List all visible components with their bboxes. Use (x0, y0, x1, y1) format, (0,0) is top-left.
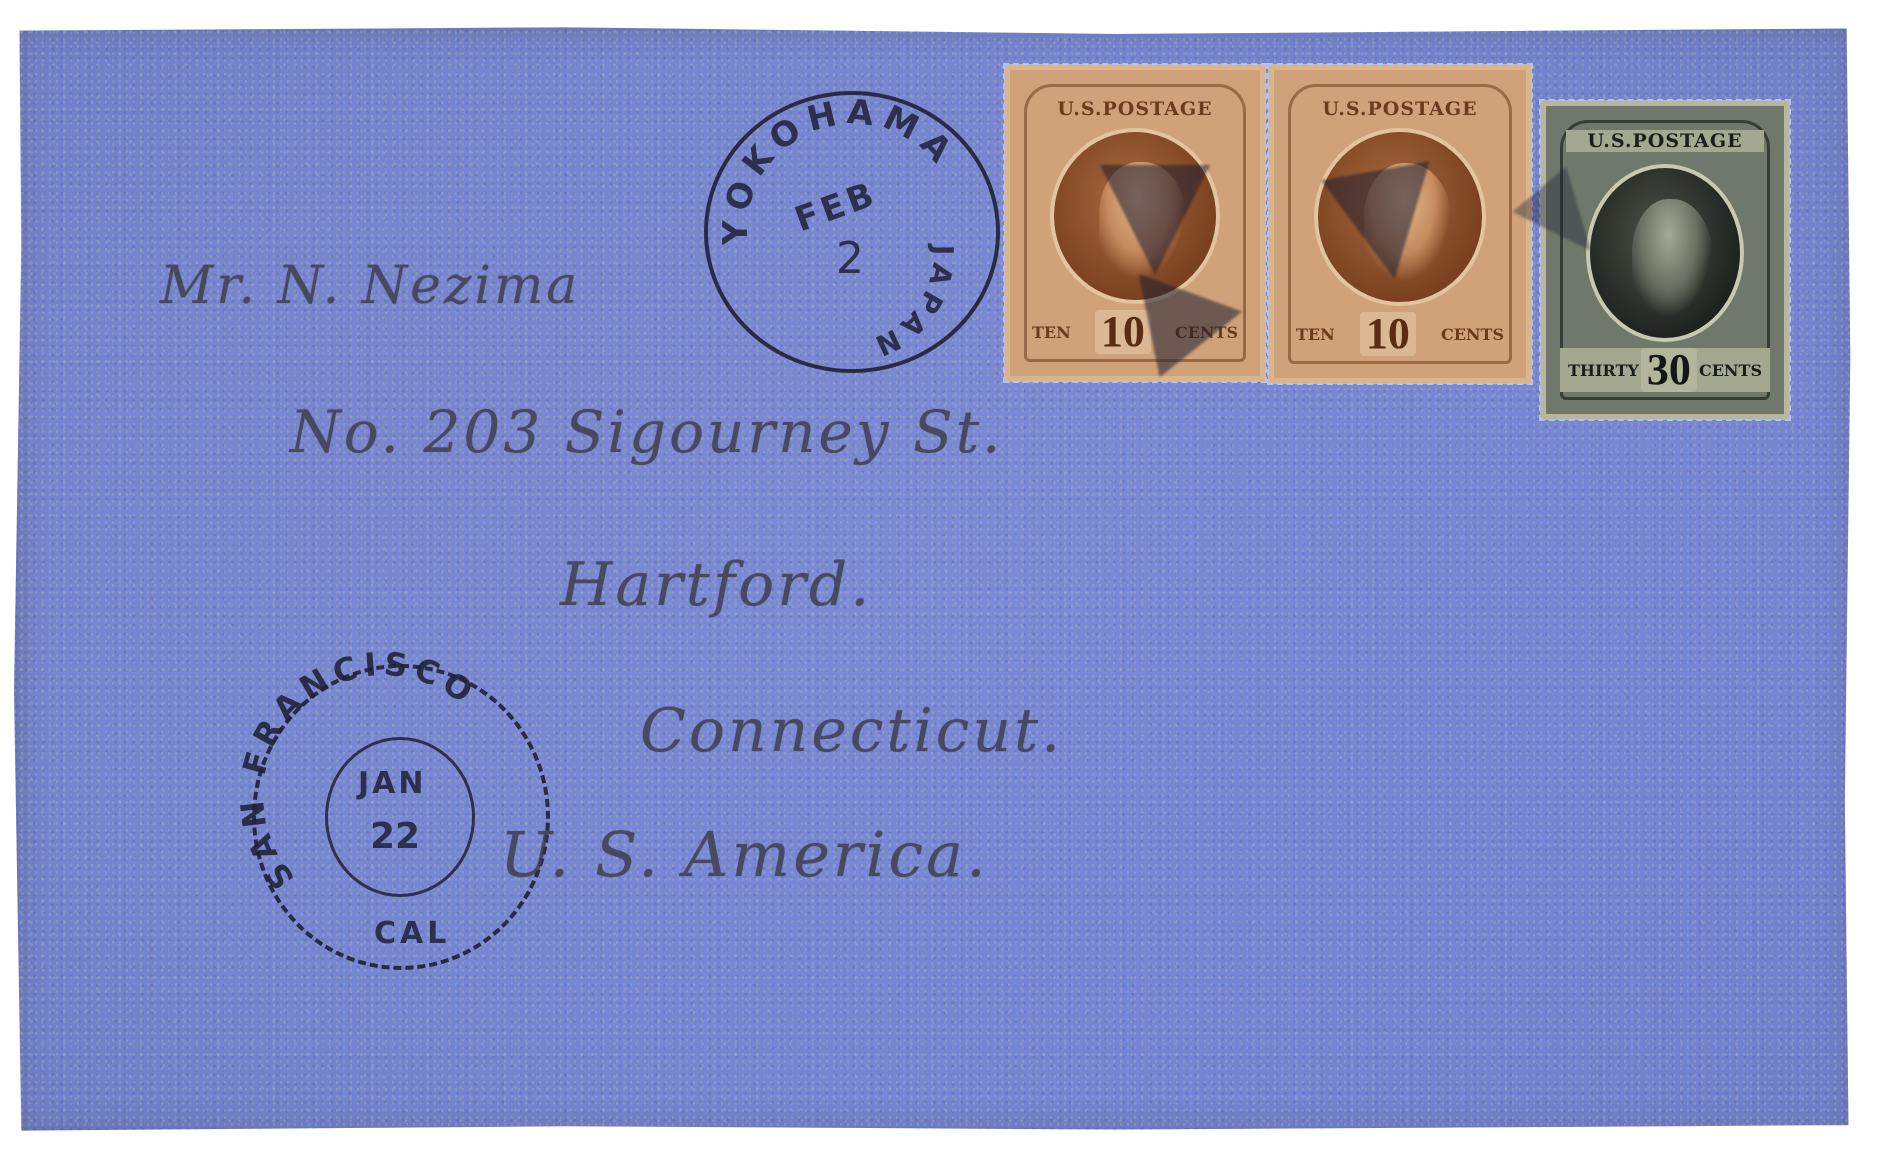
stamp-value-word-left: TEN (1296, 325, 1335, 344)
stamp-value-word-right: CENTS (1699, 361, 1762, 380)
yokohama-day: 2 (836, 233, 864, 284)
address-country: U. S. America. (500, 818, 989, 891)
san-francisco-day: 22 (370, 816, 420, 857)
stamp-value-band: THIRTY 30 CENTS (1560, 348, 1770, 392)
portrait-oval (1586, 164, 1744, 342)
stamp-value-word-left: THIRTY (1568, 361, 1639, 380)
stamp-denomination: 10 (1360, 312, 1416, 356)
svg-text:JAPAN: JAPAN (865, 243, 959, 365)
san-francisco-state: CAL (374, 916, 450, 951)
address-city: Hartford. (560, 550, 872, 620)
yokohama-country-text: JAPAN (865, 243, 959, 365)
stamp-top-label: U.S.POSTAGE (1566, 130, 1764, 152)
yokohama-postmark: YOKOHAMA JAPAN FEB 2 (704, 91, 1000, 373)
stamp-value-band: TEN 10 CENTS (1288, 312, 1512, 356)
address-recipient: Mr. N. Nezima (160, 256, 580, 316)
stamp-value-word-right: CENTS (1441, 325, 1504, 344)
cancellation-mark (1321, 161, 1448, 288)
yokohama-arc-text: YOKOHAMA JAPAN (708, 95, 996, 369)
san-francisco-month: JAN (358, 766, 427, 801)
stamp-denomination: 30 (1641, 348, 1697, 392)
san-francisco-date-ring: JAN 22 (325, 737, 475, 897)
address-state: Connecticut. (640, 696, 1063, 766)
address-street: No. 203 Sigourney St. (290, 398, 1003, 466)
stamp-top-label: U.S.POSTAGE (1010, 98, 1260, 120)
stamp-value-word-left: TEN (1032, 323, 1071, 342)
cancellation-mark (1100, 165, 1210, 275)
stamp-top-label: U.S.POSTAGE (1274, 98, 1526, 120)
portrait-bust (1632, 199, 1713, 318)
